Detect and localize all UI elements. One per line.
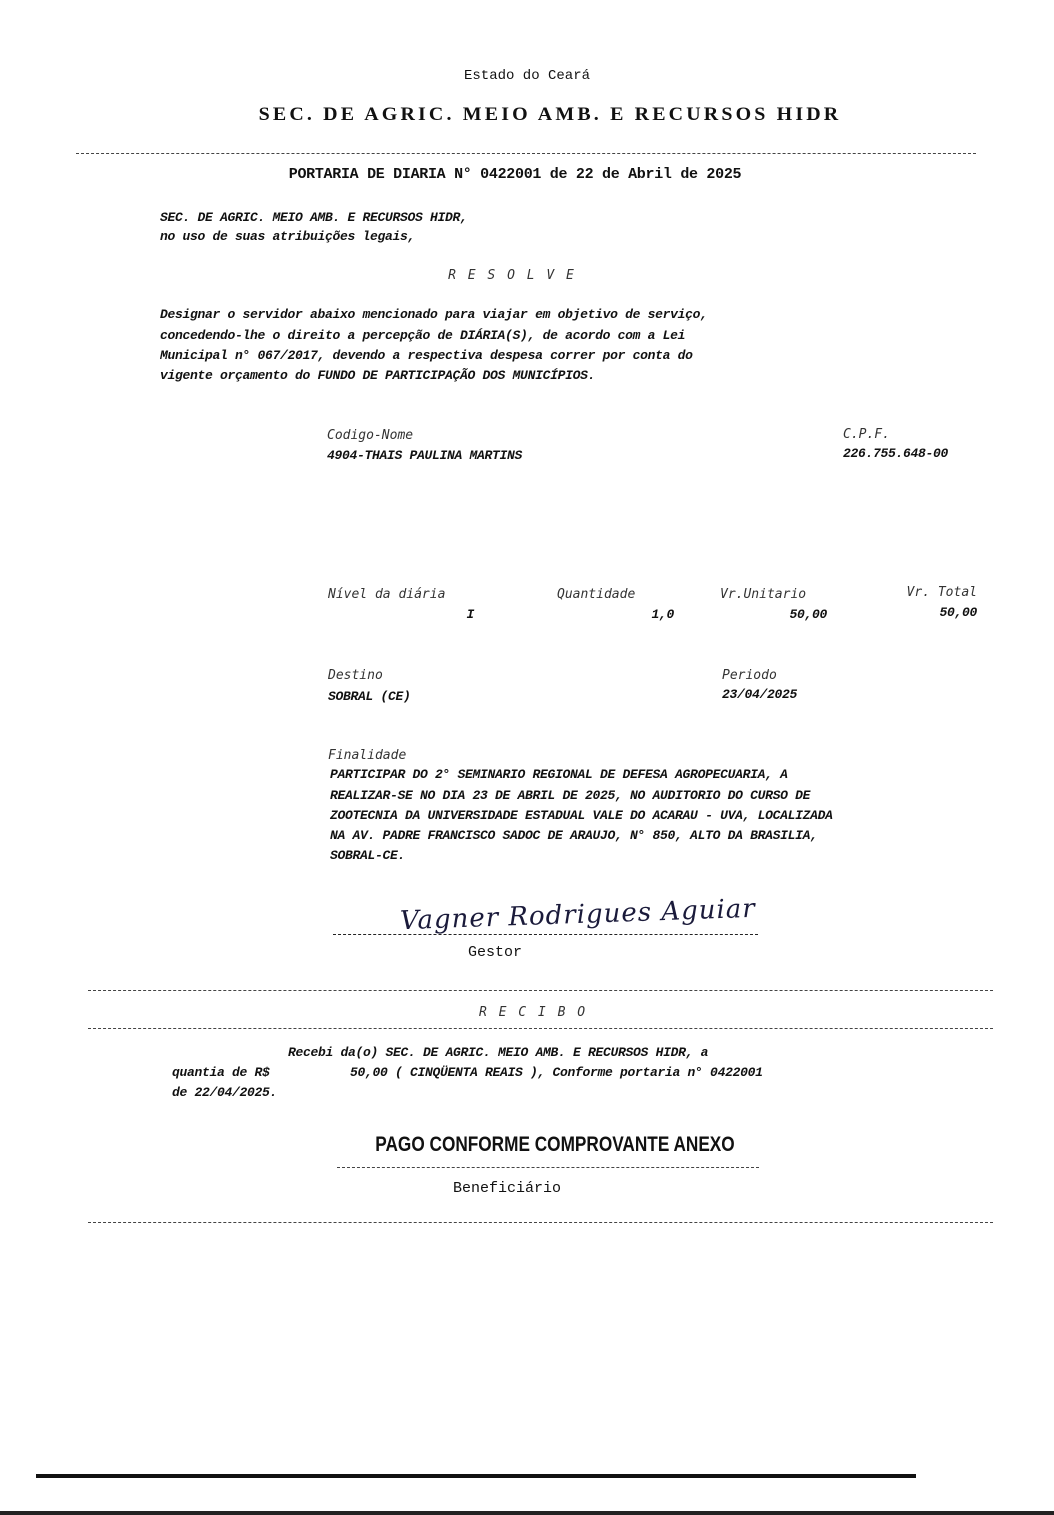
quantidade-value: 1,0: [580, 607, 674, 622]
code-name-value: 4904-THAIS PAULINA MARTINS: [327, 448, 522, 463]
recibo-heading: R E C I B O: [0, 1005, 1054, 1020]
paid-stamp: PAGO CONFORME COMPROVANTE ANEXO: [346, 1133, 764, 1157]
divider: [88, 1222, 993, 1223]
total-label: Vr. Total: [860, 585, 977, 600]
finalidade-line: PARTICIPAR DO 2° SEMINARIO REGIONAL DE D…: [330, 767, 788, 782]
document-title: PORTARIA DE DIARIA N° 0422001 de 22 de A…: [0, 166, 1030, 183]
divider: [88, 1028, 993, 1029]
periodo-label: Periodo: [722, 668, 777, 683]
scan-edge-line: [36, 1474, 916, 1478]
body-line: concedendo-lhe o direito a percepção de …: [160, 328, 685, 343]
recibo-line: Recebi da(o) SEC. DE AGRIC. MEIO AMB. E …: [288, 1045, 708, 1060]
signature-line: [333, 934, 758, 935]
unitario-label: Vr.Unitario: [720, 587, 806, 602]
body-line: Designar o servidor abaixo mencionado pa…: [160, 307, 708, 322]
finalidade-line: ZOOTECNIA DA UNIVERSIDADE ESTADUAL VALE …: [330, 808, 833, 823]
body-line: Municipal n° 067/2017, devendo a respect…: [160, 348, 693, 363]
signature-role: Gestor: [468, 944, 522, 961]
finalidade-line: NA AV. PADRE FRANCISCO SADOC DE ARAUJO, …: [330, 828, 818, 843]
body-line: vigente orçamento do FUNDO DE PARTICIPAÇ…: [160, 368, 595, 383]
nivel-value: I: [400, 607, 474, 622]
nivel-label: Nível da diária: [328, 587, 445, 602]
quantidade-label: Quantidade: [557, 587, 635, 602]
divider: [88, 990, 993, 991]
cpf-value: 226.755.648-00: [843, 446, 948, 461]
recibo-amount-label: quantia de R$: [172, 1065, 270, 1080]
periodo-value: 23/04/2025: [722, 687, 797, 702]
divider: [76, 153, 976, 154]
beneficiario-label: Beneficiário: [453, 1180, 561, 1197]
intro-agency: SEC. DE AGRIC. MEIO AMB. E RECURSOS HIDR…: [160, 210, 468, 225]
agency-name: SEC. DE AGRIC. MEIO AMB. E RECURSOS HIDR: [78, 104, 1023, 126]
recibo-amount: 50,00 ( CINQÜENTA REAIS ), Conforme port…: [350, 1065, 763, 1080]
total-value: 50,00: [860, 605, 977, 620]
unitario-value: 50,00: [720, 607, 827, 622]
scan-bottom-edge: [0, 1511, 1054, 1515]
destino-label: Destino: [328, 668, 383, 683]
state-name: Estado do Ceará: [0, 68, 1054, 84]
recibo-date: de 22/04/2025.: [172, 1085, 277, 1100]
finalidade-line: REALIZAR-SE NO DIA 23 DE ABRIL DE 2025, …: [330, 788, 810, 803]
resolve-heading: R E S O L V E: [0, 268, 1024, 283]
handwritten-signature: Vagner Rodrigues Aguiar: [400, 894, 757, 936]
finalidade-label: Finalidade: [328, 748, 406, 763]
finalidade-line: SOBRAL-CE.: [330, 848, 405, 863]
destino-value: SOBRAL (CE): [328, 689, 411, 704]
intro-legal: no uso de suas atribuições legais,: [160, 229, 415, 244]
cpf-label: C.P.F.: [843, 427, 890, 442]
beneficiario-line: [337, 1167, 759, 1168]
code-name-label: Codigo-Nome: [327, 428, 413, 443]
